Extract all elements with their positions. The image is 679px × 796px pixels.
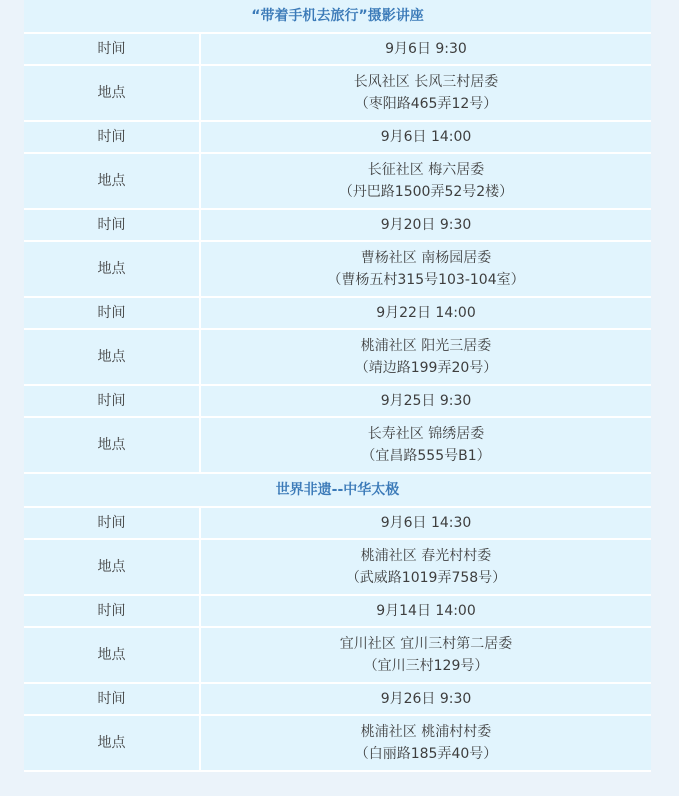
table-row-place: 地点 宜川社区 宜川三村第二居委 （宜川三村129号）	[24, 627, 651, 683]
section-title: “带着手机去旅行”摄影讲座	[24, 0, 651, 33]
place-name: 桃浦社区 春光村村委	[201, 545, 651, 567]
time-label: 时间	[24, 507, 200, 539]
time-label: 时间	[24, 209, 200, 241]
place-value: 长寿社区 锦绣居委 （宜昌路555号B1）	[200, 417, 651, 473]
place-label: 地点	[24, 65, 200, 121]
time-label: 时间	[24, 683, 200, 715]
schedule-table: “带着手机去旅行”摄影讲座 时间 9月6日 9:30 地点 长风社区 长风三村居…	[24, 0, 651, 772]
place-label: 地点	[24, 417, 200, 473]
place-name: 长风社区 长风三村居委	[201, 71, 651, 93]
table-row-place: 地点 长征社区 梅六居委 （丹巴路1500弄52号2楼）	[24, 153, 651, 209]
place-address: （曹杨五村315号103-104室）	[201, 269, 651, 291]
time-value: 9月22日 14:00	[200, 297, 651, 329]
place-value: 宜川社区 宜川三村第二居委 （宜川三村129号）	[200, 627, 651, 683]
place-value: 长风社区 长风三村居委 （枣阳路465弄12号）	[200, 65, 651, 121]
time-label: 时间	[24, 121, 200, 153]
time-label: 时间	[24, 33, 200, 65]
place-address: （枣阳路465弄12号）	[201, 93, 651, 115]
place-name: 长寿社区 锦绣居委	[201, 423, 651, 445]
table-row-place: 地点 长寿社区 锦绣居委 （宜昌路555号B1）	[24, 417, 651, 473]
table-row-place: 地点 桃浦社区 春光村村委 （武威路1019弄758号）	[24, 539, 651, 595]
time-value: 9月14日 14:00	[200, 595, 651, 627]
place-label: 地点	[24, 329, 200, 385]
time-value: 9月20日 9:30	[200, 209, 651, 241]
place-name: 桃浦社区 阳光三居委	[201, 335, 651, 357]
place-label: 地点	[24, 627, 200, 683]
table-row-time: 时间 9月6日 14:00	[24, 121, 651, 153]
table-row-place: 地点 曹杨社区 南杨园居委 （曹杨五村315号103-104室）	[24, 241, 651, 297]
place-value: 长征社区 梅六居委 （丹巴路1500弄52号2楼）	[200, 153, 651, 209]
time-label: 时间	[24, 595, 200, 627]
time-value: 9月6日 14:00	[200, 121, 651, 153]
place-value: 桃浦社区 春光村村委 （武威路1019弄758号）	[200, 539, 651, 595]
time-value: 9月6日 14:30	[200, 507, 651, 539]
time-label: 时间	[24, 297, 200, 329]
table-row-place: 地点 长风社区 长风三村居委 （枣阳路465弄12号）	[24, 65, 651, 121]
place-address: （丹巴路1500弄52号2楼）	[201, 181, 651, 203]
schedule-sheet: “带着手机去旅行”摄影讲座 时间 9月6日 9:30 地点 长风社区 长风三村居…	[24, 0, 651, 772]
place-address: （靖边路199弄20号）	[201, 357, 651, 379]
place-address: （武威路1019弄758号）	[201, 567, 651, 589]
place-address: （白丽路185弄40号）	[201, 743, 651, 765]
table-row-time: 时间 9月22日 14:00	[24, 297, 651, 329]
place-address: （宜川三村129号）	[201, 655, 651, 677]
place-name: 桃浦社区 桃浦村村委	[201, 721, 651, 743]
time-value: 9月6日 9:30	[200, 33, 651, 65]
place-label: 地点	[24, 241, 200, 297]
table-row-time: 时间 9月25日 9:30	[24, 385, 651, 417]
place-label: 地点	[24, 539, 200, 595]
section-header-photography: “带着手机去旅行”摄影讲座	[24, 0, 651, 33]
place-label: 地点	[24, 715, 200, 771]
place-label: 地点	[24, 153, 200, 209]
section-title: 世界非遗--中华太极	[24, 473, 651, 507]
table-row-time: 时间 9月26日 9:30	[24, 683, 651, 715]
table-row-time: 时间 9月6日 14:30	[24, 507, 651, 539]
place-name: 宜川社区 宜川三村第二居委	[201, 633, 651, 655]
table-row-time: 时间 9月6日 9:30	[24, 33, 651, 65]
place-value: 桃浦社区 桃浦村村委 （白丽路185弄40号）	[200, 715, 651, 771]
table-row-place: 地点 桃浦社区 桃浦村村委 （白丽路185弄40号）	[24, 715, 651, 771]
time-value: 9月25日 9:30	[200, 385, 651, 417]
table-row-time: 时间 9月20日 9:30	[24, 209, 651, 241]
place-value: 桃浦社区 阳光三居委 （靖边路199弄20号）	[200, 329, 651, 385]
place-address: （宜昌路555号B1）	[201, 445, 651, 467]
place-name: 长征社区 梅六居委	[201, 159, 651, 181]
place-value: 曹杨社区 南杨园居委 （曹杨五村315号103-104室）	[200, 241, 651, 297]
section-header-taichi: 世界非遗--中华太极	[24, 473, 651, 507]
time-label: 时间	[24, 385, 200, 417]
table-row-place: 地点 桃浦社区 阳光三居委 （靖边路199弄20号）	[24, 329, 651, 385]
place-name: 曹杨社区 南杨园居委	[201, 247, 651, 269]
time-value: 9月26日 9:30	[200, 683, 651, 715]
table-row-time: 时间 9月14日 14:00	[24, 595, 651, 627]
